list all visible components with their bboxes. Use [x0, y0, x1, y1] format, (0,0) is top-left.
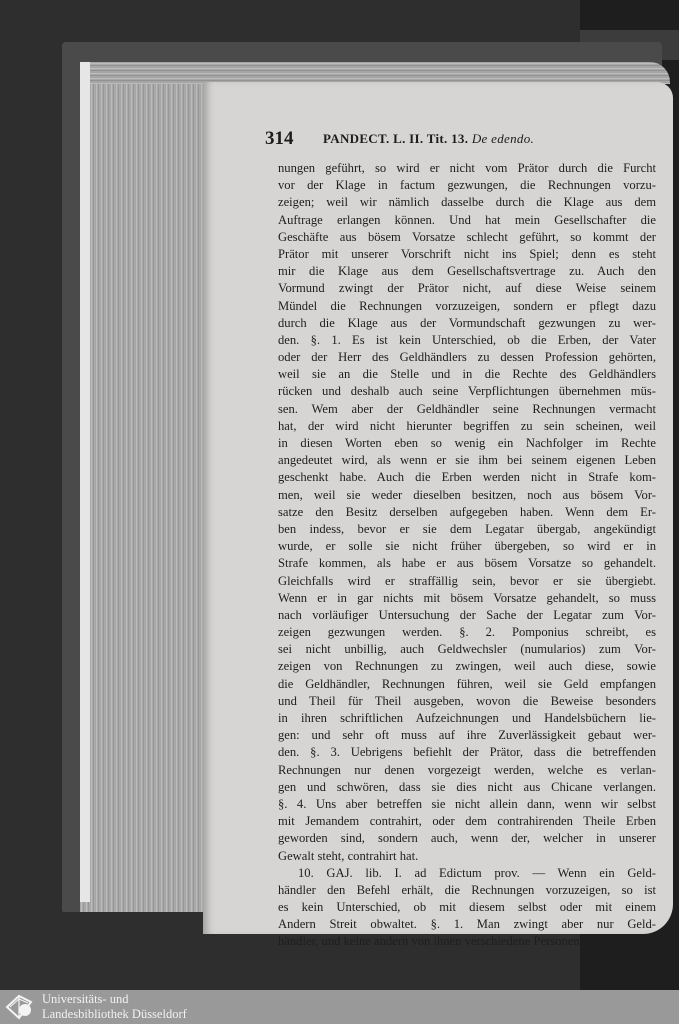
- text-line: den. §. 1. Es ist kein Unterschied, ob d…: [278, 332, 656, 349]
- text-line: es kein Unterschied, ob mit diesem selbs…: [278, 899, 656, 916]
- body-text: nungen geführt, so wird er nicht vom Prä…: [278, 160, 656, 951]
- text-line: und Theil für Theil ausgeben, wovon die …: [278, 693, 656, 710]
- text-line: angedeutet wird, als wenn er sie ihm bei…: [278, 452, 656, 469]
- page-stack-top-edge: [90, 62, 670, 84]
- text-line: ben indess, bevor er sie dem Legatar übe…: [278, 521, 656, 538]
- page-number: 314: [265, 128, 294, 150]
- text-line: geworden sind, sondern auch, wenn der, w…: [278, 830, 656, 847]
- running-head: PANDECT. L. II. Tit. 13. De edendo.: [323, 131, 534, 147]
- text-line: Auftrage erlangen können. Und hat mein G…: [278, 212, 656, 229]
- text-line: Mündel die Rechnungen vorzuzeigen, sonde…: [278, 298, 656, 315]
- text-line: rücken und deshalb auch seine Verpflicht…: [278, 383, 656, 400]
- text-line: den. §. 3. Uebrigens befiehlt der Prätor…: [278, 744, 656, 761]
- text-line: Vormund zwingt der Prätor nicht, auf die…: [278, 280, 656, 297]
- text-line: Gleichfalls wird er straffällig sein, be…: [278, 573, 656, 590]
- text-line: gen und schwören, dass sie dies nicht au…: [278, 779, 656, 796]
- text-line: Strafe kommen, als habe er aus bösem Vor…: [278, 555, 656, 572]
- text-line: weil sie an die Stelle und in die Rechte…: [278, 366, 656, 383]
- institution-line-1: Universitäts- und: [42, 992, 187, 1007]
- running-head-subtitle: De edendo.: [472, 131, 534, 146]
- book-logo-icon: [3, 993, 35, 1021]
- text-line: nach vorläufiger Untersuchung der Sache …: [278, 607, 656, 624]
- text-line: §. 4. Uns aber betreffen sie nicht allei…: [278, 796, 656, 813]
- text-line: sei nicht unbillig, auch Geldwechsler (n…: [278, 641, 656, 658]
- text-line: händler, und keine andern von ihnen vers…: [278, 933, 656, 950]
- institution-line-2: Landesbibliothek Düsseldorf: [42, 1007, 187, 1022]
- text-line: Wenn er in gar nichts mit bösem Vorsatze…: [278, 590, 656, 607]
- text-line: in ihren schriftlichen Aufzeichnungen un…: [278, 710, 656, 727]
- text-line: Andern Streit obwaltet. §. 1. Man zwingt…: [278, 916, 656, 933]
- page-header: 314 PANDECT. L. II. Tit. 13. De edendo.: [265, 128, 665, 150]
- text-line: in diesen Worten eben so wenig ein Nachf…: [278, 435, 656, 452]
- text-line: nungen geführt, so wird er nicht vom Prä…: [278, 160, 656, 177]
- running-head-title: PANDECT. L. II. Tit. 13.: [323, 131, 468, 146]
- text-line: Gewalt steht, contrahirt hat.: [278, 848, 656, 865]
- endpaper-edge: [80, 62, 90, 902]
- text-line: mit Jemandem contrahirt, oder dem contra…: [278, 813, 656, 830]
- text-line: Prätor mit unserer Vorschrift nicht ins …: [278, 246, 656, 263]
- text-line: wurde, er solle sie nicht früher übergeb…: [278, 538, 656, 555]
- page-stack-edge: [80, 62, 205, 912]
- text-line: oder der Herr des Geldhändlers zu dessen…: [278, 349, 656, 366]
- text-line: 10. GAJ. lib. I. ad Edictum prov. — Wenn…: [278, 865, 656, 882]
- text-line: satze den Besitz derselben aufgegeben ha…: [278, 504, 656, 521]
- text-line: händler den Befehl erhält, die Rechnunge…: [278, 882, 656, 899]
- text-line: gen: und sehr oft muss auf ihre Zuverläs…: [278, 727, 656, 744]
- text-line: Geschäfte aus bösem Vorsatze schlecht ge…: [278, 229, 656, 246]
- text-line: sen. Wem aber der Geldhändler seine Rech…: [278, 401, 656, 418]
- text-line: zeigen gezwungen werden. §. 2. Pomponius…: [278, 624, 656, 641]
- text-line: vor der Klage in factum gezwungen, die R…: [278, 177, 656, 194]
- institution-name[interactable]: Universitäts- und Landesbibliothek Düsse…: [42, 992, 187, 1022]
- text-line: men, weil sie weder dieselben besitzen, …: [278, 487, 656, 504]
- text-line: hat, der wird nicht hierunter begriffen …: [278, 418, 656, 435]
- text-line: geschenkt habe. Auch die Erben werden ni…: [278, 469, 656, 486]
- text-line: durch die Klage aus der Vormundschaft ge…: [278, 315, 656, 332]
- text-line: die Geldhändler, Rechnungen führen, weil…: [278, 676, 656, 693]
- text-line: mir die Klage aus dem Gesellschaftsvertr…: [278, 263, 656, 280]
- text-line: zeigen; weil wir nämlich dasselbe durch …: [278, 194, 656, 211]
- text-line: Rechnungen nur denen vorgezeigt werden, …: [278, 762, 656, 779]
- text-line: zeigen von Rechnungen zu zwingen, weil a…: [278, 658, 656, 675]
